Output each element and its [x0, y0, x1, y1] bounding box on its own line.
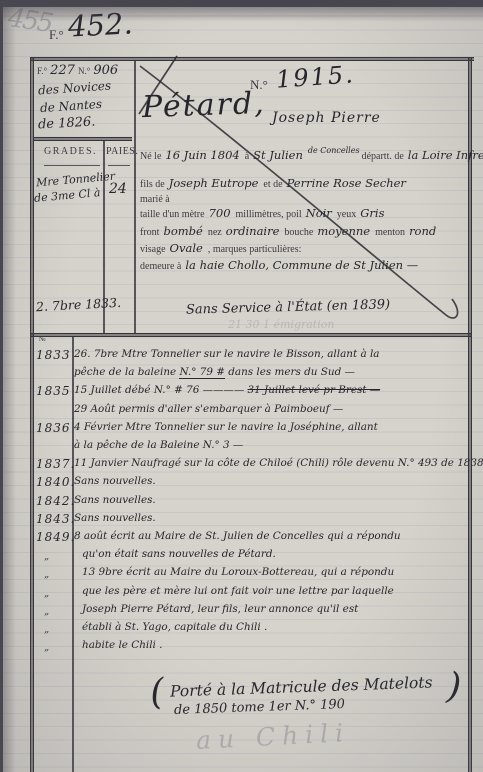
handwritten-value: Perrine Rose Secher	[287, 176, 406, 190]
ref-year: de 1826.	[38, 115, 96, 133]
handwritten-value: Ovale	[170, 241, 203, 255]
handwritten-value: bombé	[163, 224, 202, 238]
record-text-segment: dans les mers du Sud —	[225, 366, 355, 378]
record-text-segment: 8 août écrit au Maire de St. Julien de C…	[74, 530, 401, 542]
record-text-segment: habite le Chili .	[82, 639, 162, 651]
record-text-segment: 13 9bre écrit au Maire du Loroux-Bottere…	[82, 566, 394, 578]
ref-f-value: 227	[50, 63, 75, 78]
printed-label: millimètres, poil	[236, 209, 302, 220]
handwritten-value: ordinaire	[226, 224, 280, 238]
handwritten-value: Joseph Eutrope	[169, 176, 259, 190]
record-text: 4 Février Mtre Tonnelier sur le navire l…	[74, 421, 378, 433]
record-text: 26. 7bre Mtre Tonnelier sur le navire le…	[74, 348, 379, 360]
pencil-folio-number: 455	[6, 3, 53, 39]
record-line: 29 Août permis d'aller s'embarquer à Pai…	[36, 399, 343, 417]
record-text-segment: Sans nouvelles.	[74, 475, 156, 487]
printed-label: taille d'un mètre	[140, 209, 205, 220]
handwritten-value: moyenne	[317, 224, 370, 238]
footer-paren-close: )	[446, 666, 463, 708]
record-text: établi à St. Yago, capitale du Chili .	[82, 621, 267, 633]
printed-label: Né le	[140, 151, 161, 162]
record-year: 1837.	[36, 457, 74, 471]
previous-register-reference: F.° 227 N.° 906	[37, 63, 118, 78]
record-text: qu'on était sans nouvelles de Pétard.	[82, 548, 276, 560]
record-year: 1843.	[36, 512, 74, 526]
paie-value: 24	[109, 181, 127, 197]
surname: Pétard,	[141, 86, 266, 125]
record-line: „habite le Chili .	[36, 635, 162, 653]
record-line: 1849.8 août écrit au Maire de St. Julien…	[36, 526, 401, 544]
record-line: „Joseph Pierre Pétard, leur fils, leur a…	[36, 599, 358, 617]
record-text-segment: Sans nouvelles.	[74, 494, 156, 506]
record-line: pêche de la baleine N.° 79 # dans les me…	[36, 362, 355, 380]
printed-label: départt. de	[362, 151, 404, 162]
frame-left-rule	[30, 57, 34, 772]
folio-label: F.°	[49, 27, 64, 43]
record-year: „	[36, 551, 82, 562]
paies-header: PAIES.	[106, 146, 138, 157]
record-year: „	[36, 606, 82, 617]
record-text: Sans nouvelles.	[74, 475, 156, 487]
handwritten-value: Gris	[360, 206, 384, 220]
description-line: taille d'un mètre700millimètres, poilNoi…	[140, 204, 390, 222]
record-text: 11 Janvier Naufragé sur la côte de Chilo…	[74, 457, 483, 469]
record-year: 1842.	[36, 494, 74, 508]
register-page: F.° 452. F.° 227 N.° 906 des Novices de …	[0, 0, 483, 772]
record-text-segment: 29 Août permis d'aller s'embarquer à Pai…	[74, 403, 343, 415]
ref-n-label: N.°	[78, 66, 90, 76]
printed-label: menton	[375, 227, 405, 238]
printed-label: et de	[263, 179, 282, 190]
section-divider-rule	[30, 333, 472, 337]
pencil-service-note: 21 30 1 émigration	[228, 318, 334, 331]
handwritten-value: la haie Chollo, Commune de St Julien —	[185, 258, 418, 272]
record-text-segment: que les père et mère lui ont fait voir u…	[82, 585, 394, 597]
record-line: 1840.Sans nouvelles.	[36, 471, 156, 489]
record-text-segment: pêche de la baleine	[74, 366, 179, 378]
grades-header: GRADES.	[44, 146, 97, 157]
record-text: habite le Chili .	[82, 639, 162, 651]
record-line: 1843.Sans nouvelles.	[36, 508, 156, 526]
record-text-segment: à la pêche de la Baleine N.° 3 —	[74, 439, 243, 451]
record-text: que les père et mère lui ont fait voir u…	[82, 585, 394, 597]
record-text-segment: Joseph Pierre Pétard, leur fils, leur an…	[82, 603, 358, 615]
handwritten-value: 16 Juin 1804	[165, 148, 239, 162]
handwritten-value: de Concelles	[308, 146, 360, 155]
handwritten-value: St Julien	[253, 148, 303, 162]
footer-paren-open: (	[149, 672, 166, 714]
record-line: 183326. 7bre Mtre Tonnelier sur le navir…	[36, 344, 379, 362]
record-line: „que les père et mère lui ont fait voir …	[36, 581, 394, 599]
record-line: 1842.Sans nouvelles.	[36, 490, 156, 508]
record-year: „	[36, 569, 82, 580]
printed-label: à	[245, 151, 249, 162]
record-struck-segment: 31 Juillet levé pr Brest —	[248, 384, 381, 396]
frame-top-rule	[30, 57, 474, 61]
record-text-segment: 11 Janvier Naufragé sur la côte de Chilo…	[74, 457, 483, 469]
printed-label: demeure à	[140, 261, 181, 272]
record-text-segment: Sans nouvelles.	[74, 512, 156, 524]
record-text-segment: 4 Février Mtre Tonnelier sur le navire l…	[74, 421, 378, 433]
record-line: „établi à St. Yago, capitale du Chili .	[36, 617, 267, 635]
record-text: pêche de la baleine N.° 79 # dans les me…	[74, 366, 355, 379]
frame-right-rule	[468, 57, 472, 772]
printed-label: bouche	[284, 227, 313, 238]
record-line: à la pêche de la Baleine N.° 3 —	[36, 435, 243, 453]
record-line: 18364 Février Mtre Tonnelier sur le navi…	[36, 417, 378, 435]
handwritten-value: Noir	[306, 206, 332, 220]
handwritten-value: la Loire Infre —	[408, 148, 483, 162]
folio-number: 452.	[67, 6, 133, 43]
record-text-segment: établi à St. Yago, capitale du Chili .	[82, 621, 267, 633]
record-text-segment: 15 Juillet débé N.° # 76 ————	[74, 384, 248, 396]
record-year: „	[36, 588, 82, 599]
record-text-segment: 26. 7bre Mtre Tonnelier sur le navire le…	[74, 348, 379, 360]
description-line: Né le16 Juin 1804àSt Juliende Concellesd…	[140, 146, 483, 164]
record-year: „	[36, 642, 82, 653]
stamp-mark: №	[39, 335, 46, 343]
record-text: 8 août écrit au Maire de St. Julien de C…	[74, 530, 401, 542]
record-text: Sans nouvelles.	[74, 512, 156, 524]
ref-block-underline	[33, 137, 132, 141]
paies-underline	[108, 165, 130, 166]
printed-label: front	[140, 227, 159, 238]
record-text: Sans nouvelles.	[74, 494, 156, 506]
printed-label: nez	[208, 227, 222, 238]
description-line: fils deJoseph Eutropeet dePerrine Rose S…	[140, 174, 411, 192]
record-year: 1849.	[36, 530, 74, 544]
record-line: „qu'on était sans nouvelles de Pétard.	[36, 544, 276, 562]
printed-label: yeux	[337, 209, 356, 220]
matricule-number: 1915.	[275, 60, 355, 93]
ref-n-value: 906	[93, 63, 118, 78]
record-year: 1840.	[36, 475, 74, 489]
record-year: 1833	[36, 348, 74, 362]
printed-label: , marques particulières:	[208, 244, 302, 255]
record-text: à la pêche de la Baleine N.° 3 —	[74, 439, 243, 451]
ref-f-label: F.°	[37, 66, 47, 76]
description-line: demeure àla haie Chollo, Commune de St J…	[140, 256, 423, 274]
record-text-segment: qu'on était sans nouvelles de Pétard.	[82, 548, 276, 560]
record-text: 15 Juillet débé N.° # 76 ———— 31 Juillet…	[74, 384, 380, 396]
record-line: 1837.11 Janvier Naufragé sur la côte de …	[36, 453, 483, 471]
record-year: 1836	[36, 421, 74, 435]
description-line: visageOvale, marques particulières:	[140, 239, 305, 257]
record-year: „	[36, 624, 82, 635]
header-column-divider	[134, 61, 136, 333]
firstnames: Joseph Pierre	[272, 110, 381, 126]
record-text: 29 Août permis d'aller s'embarquer à Pai…	[74, 403, 343, 415]
handwritten-value: rond	[409, 224, 436, 238]
handwritten-value: 700	[209, 206, 231, 220]
record-underlined-segment: N.° 79 #	[179, 366, 224, 379]
printed-label: visage	[140, 244, 166, 255]
description-line: frontbombénezordinairebouchemoyennemento…	[140, 222, 441, 240]
record-text: Joseph Pierre Pétard, leur fils, leur an…	[82, 603, 358, 615]
record-line: „13 9bre écrit au Maire du Loroux-Botter…	[36, 562, 394, 580]
grades-underline	[44, 165, 100, 166]
record-text: 13 9bre écrit au Maire du Loroux-Bottere…	[82, 566, 394, 578]
record-line: 183515 Juillet débé N.° # 76 ———— 31 Jui…	[36, 380, 380, 398]
record-year: 1835	[36, 384, 74, 398]
